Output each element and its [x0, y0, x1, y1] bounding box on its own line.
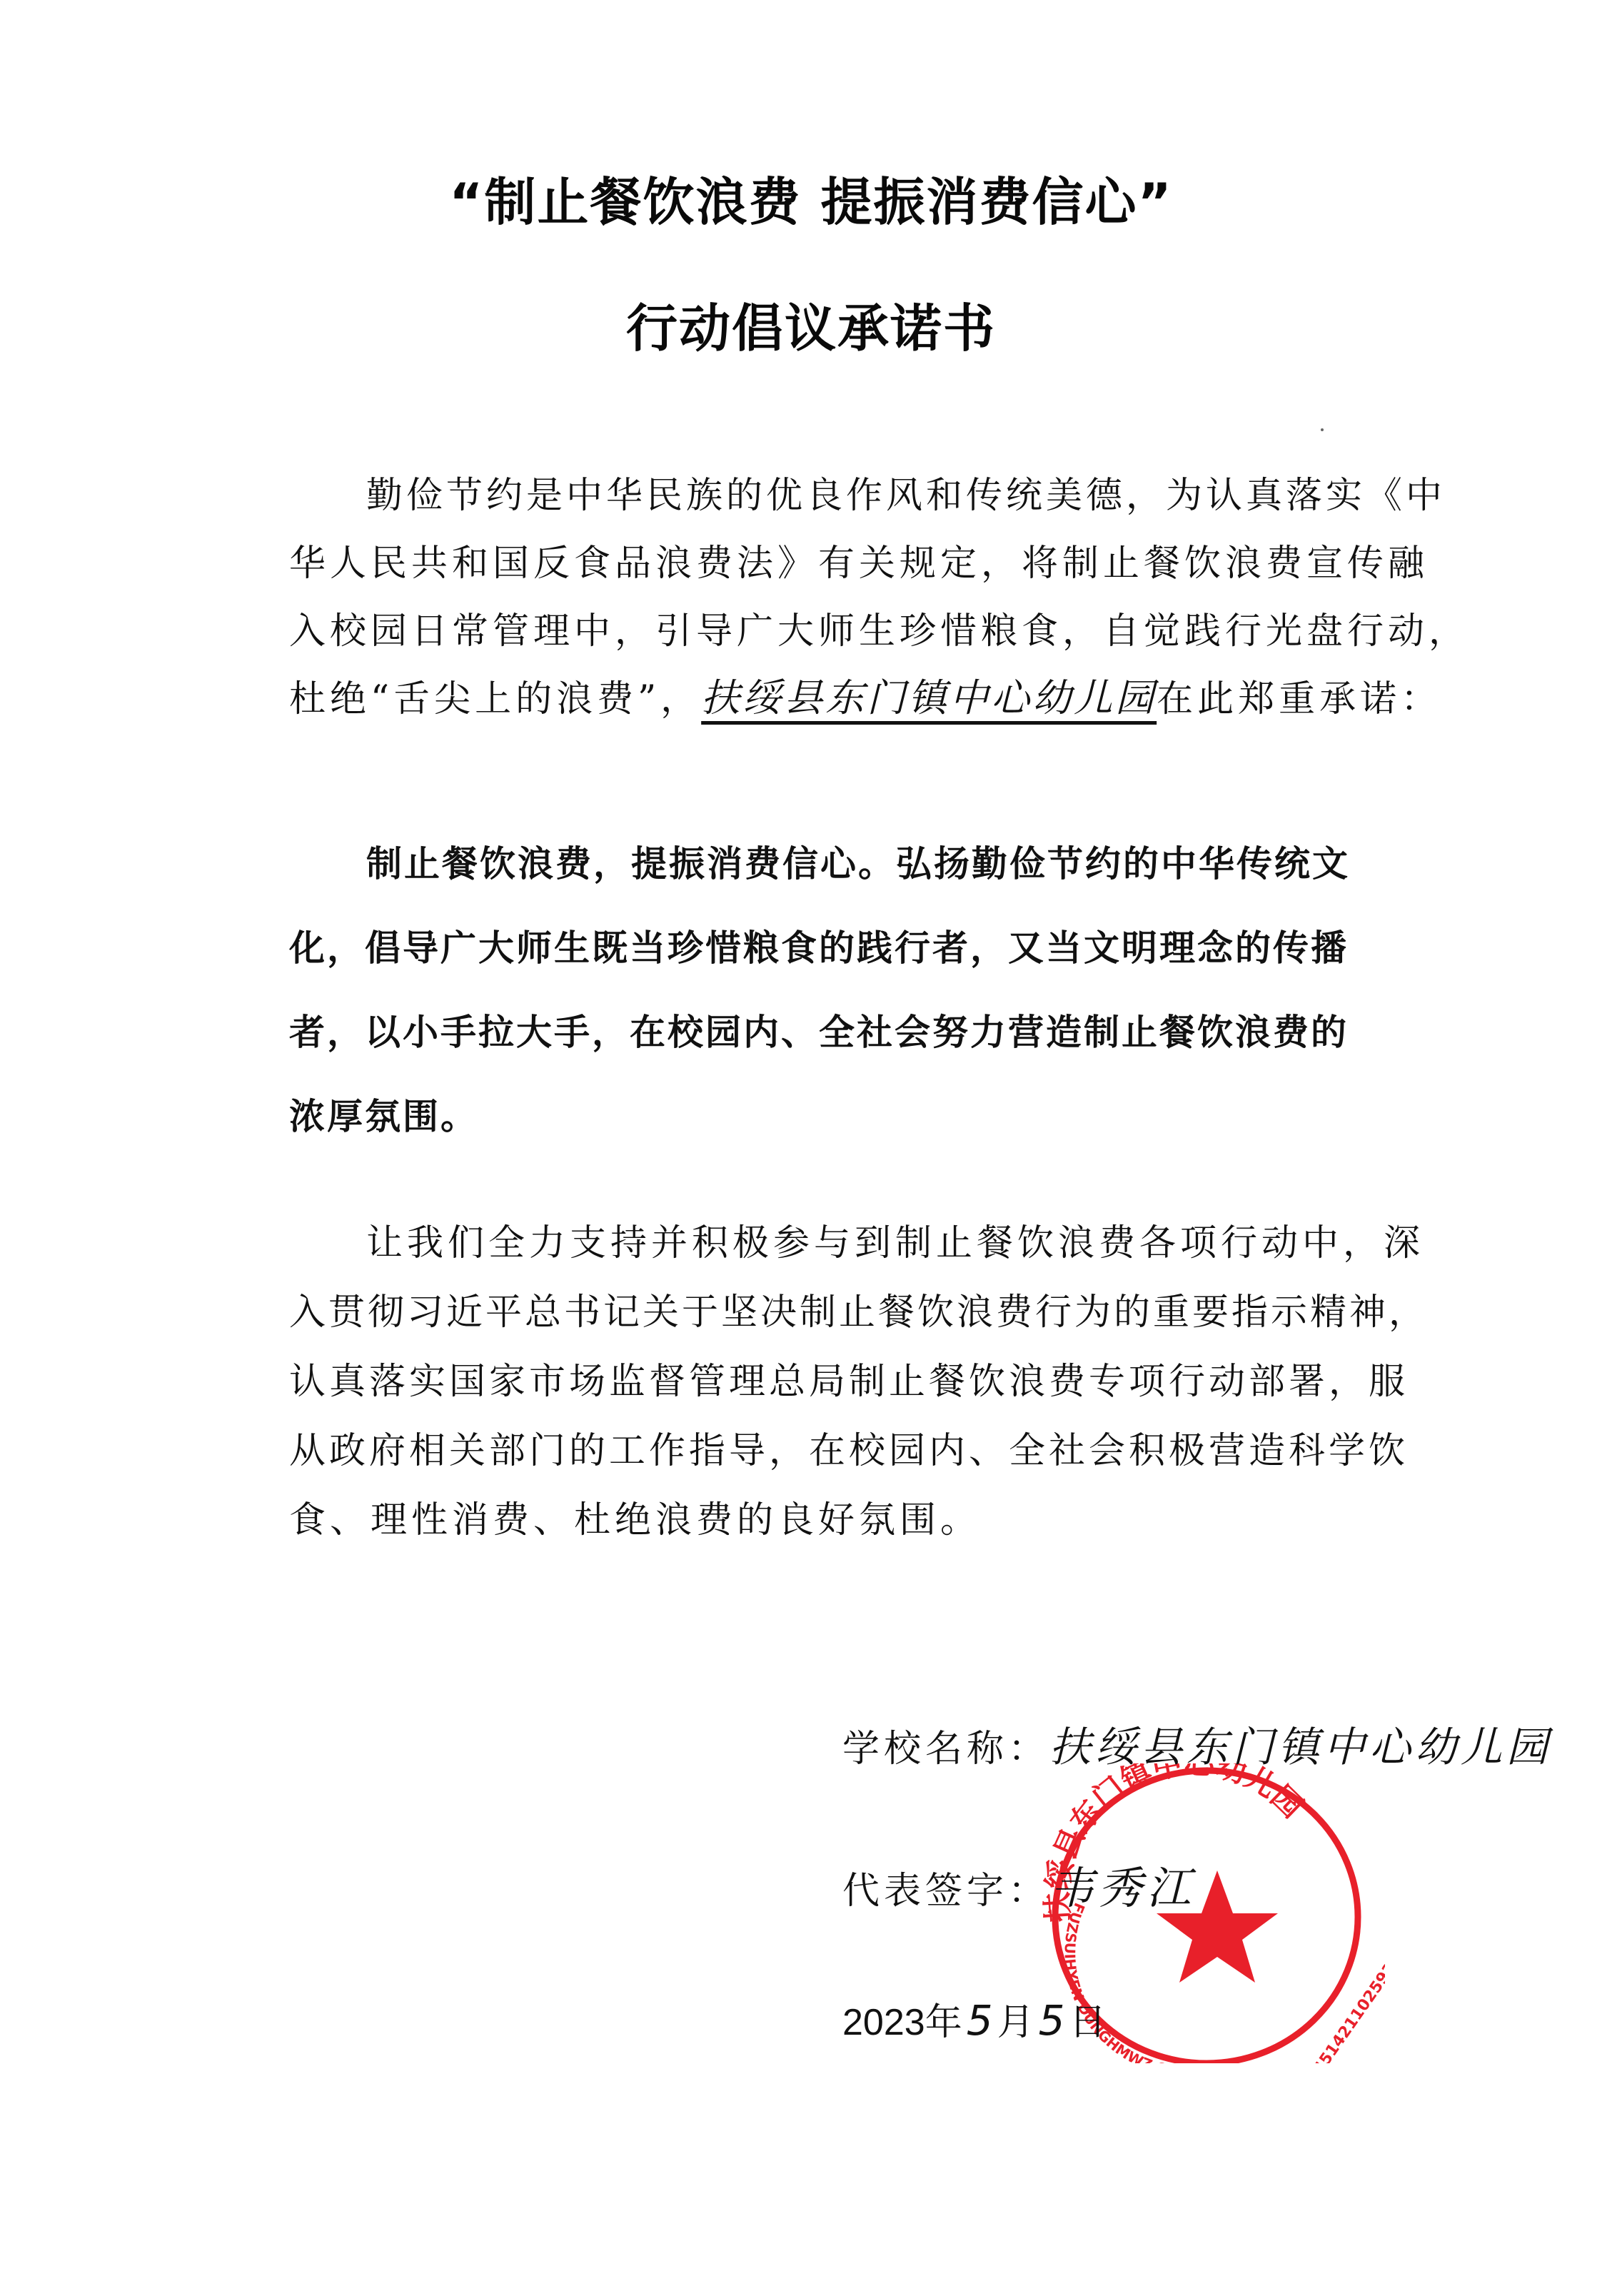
- date-month: 5: [967, 1996, 997, 2045]
- paragraph-line: 制止餐饮浪费，提振消费信心。弘扬勤俭节约的中华传统文: [366, 842, 1350, 885]
- paragraph-line: 认真落实国家市场监督管理总局制止餐饮浪费专项行动部署，服: [289, 1361, 1409, 1404]
- date-year-suffix: 年: [925, 2001, 967, 2044]
- paragraph-line: 入校园日常管理中，引导广大师生珍惜粮食，自觉践行光盘行动，: [289, 610, 1469, 653]
- paragraph-line: 浓厚氛围。: [289, 1095, 478, 1138]
- paragraph-line: 杜绝“舌尖上的浪费”，扶绥县东门镇中心幼儿园在此郑重承诺：: [289, 677, 1441, 721]
- date-month-suffix: 月: [997, 2001, 1039, 2044]
- school-name-label: 学校名称：: [842, 1728, 1049, 1771]
- representative-label: 代表签字：: [842, 1870, 1049, 1913]
- line-suffix: 在此郑重承诺：: [1157, 678, 1441, 720]
- representative-signature: 韦秀江: [1049, 1862, 1195, 1914]
- representative-row: 代表签字：韦秀江: [842, 1853, 1195, 1916]
- date-row: 2023年5月5日: [842, 1992, 1111, 2045]
- school-name-row: 学校名称：扶绥县东门镇中心幼儿园: [842, 1713, 1552, 1773]
- paragraph-line: 从政府相关部门的工作指导，在校园内、全社会积极营造科学饮: [289, 1430, 1409, 1473]
- handwritten-school-name: 扶绥县东门镇中心幼儿园: [701, 675, 1157, 720]
- handwritten-school-name: 扶绥县东门镇中心幼儿园: [1049, 1723, 1552, 1771]
- line-prefix: 杜绝“舌尖上的浪费”，: [289, 678, 701, 720]
- date-day: 5: [1039, 1996, 1069, 2045]
- document-title-line1: “制止餐饮浪费 提振消费信心”: [0, 161, 1622, 235]
- scan-speck: [1321, 428, 1324, 431]
- paragraph-line: 让我们全力支持并积极参与到制止餐饮浪费各项行动中，深: [366, 1222, 1424, 1265]
- date-year: 2023: [842, 2002, 925, 2043]
- paragraph-line: 化，倡导广大师生既当珍惜粮食的践行者，又当文明理念的传播: [289, 927, 1349, 970]
- paragraph-line: 华人民共和国反食品浪费法》有关规定，将制止餐饮浪费宣传融: [289, 543, 1429, 585]
- paragraph-line: 入贯彻习近平总书记关于坚决制止餐饮浪费行为的重要指示精神，: [289, 1291, 1428, 1334]
- paragraph-line: 者，以小手拉大手，在校园内、全社会努力营造制止餐饮浪费的: [289, 1011, 1349, 1054]
- paragraph-line: 食、理性消费、杜绝浪费的良好氛围。: [289, 1499, 981, 1542]
- paragraph-line: 勤俭节约是中华民族的优良作风和传统美德，为认真落实《中: [366, 475, 1446, 518]
- date-day-suffix: 日: [1069, 2001, 1111, 2044]
- document-title-line2: 行动倡议承诺书: [0, 287, 1622, 361]
